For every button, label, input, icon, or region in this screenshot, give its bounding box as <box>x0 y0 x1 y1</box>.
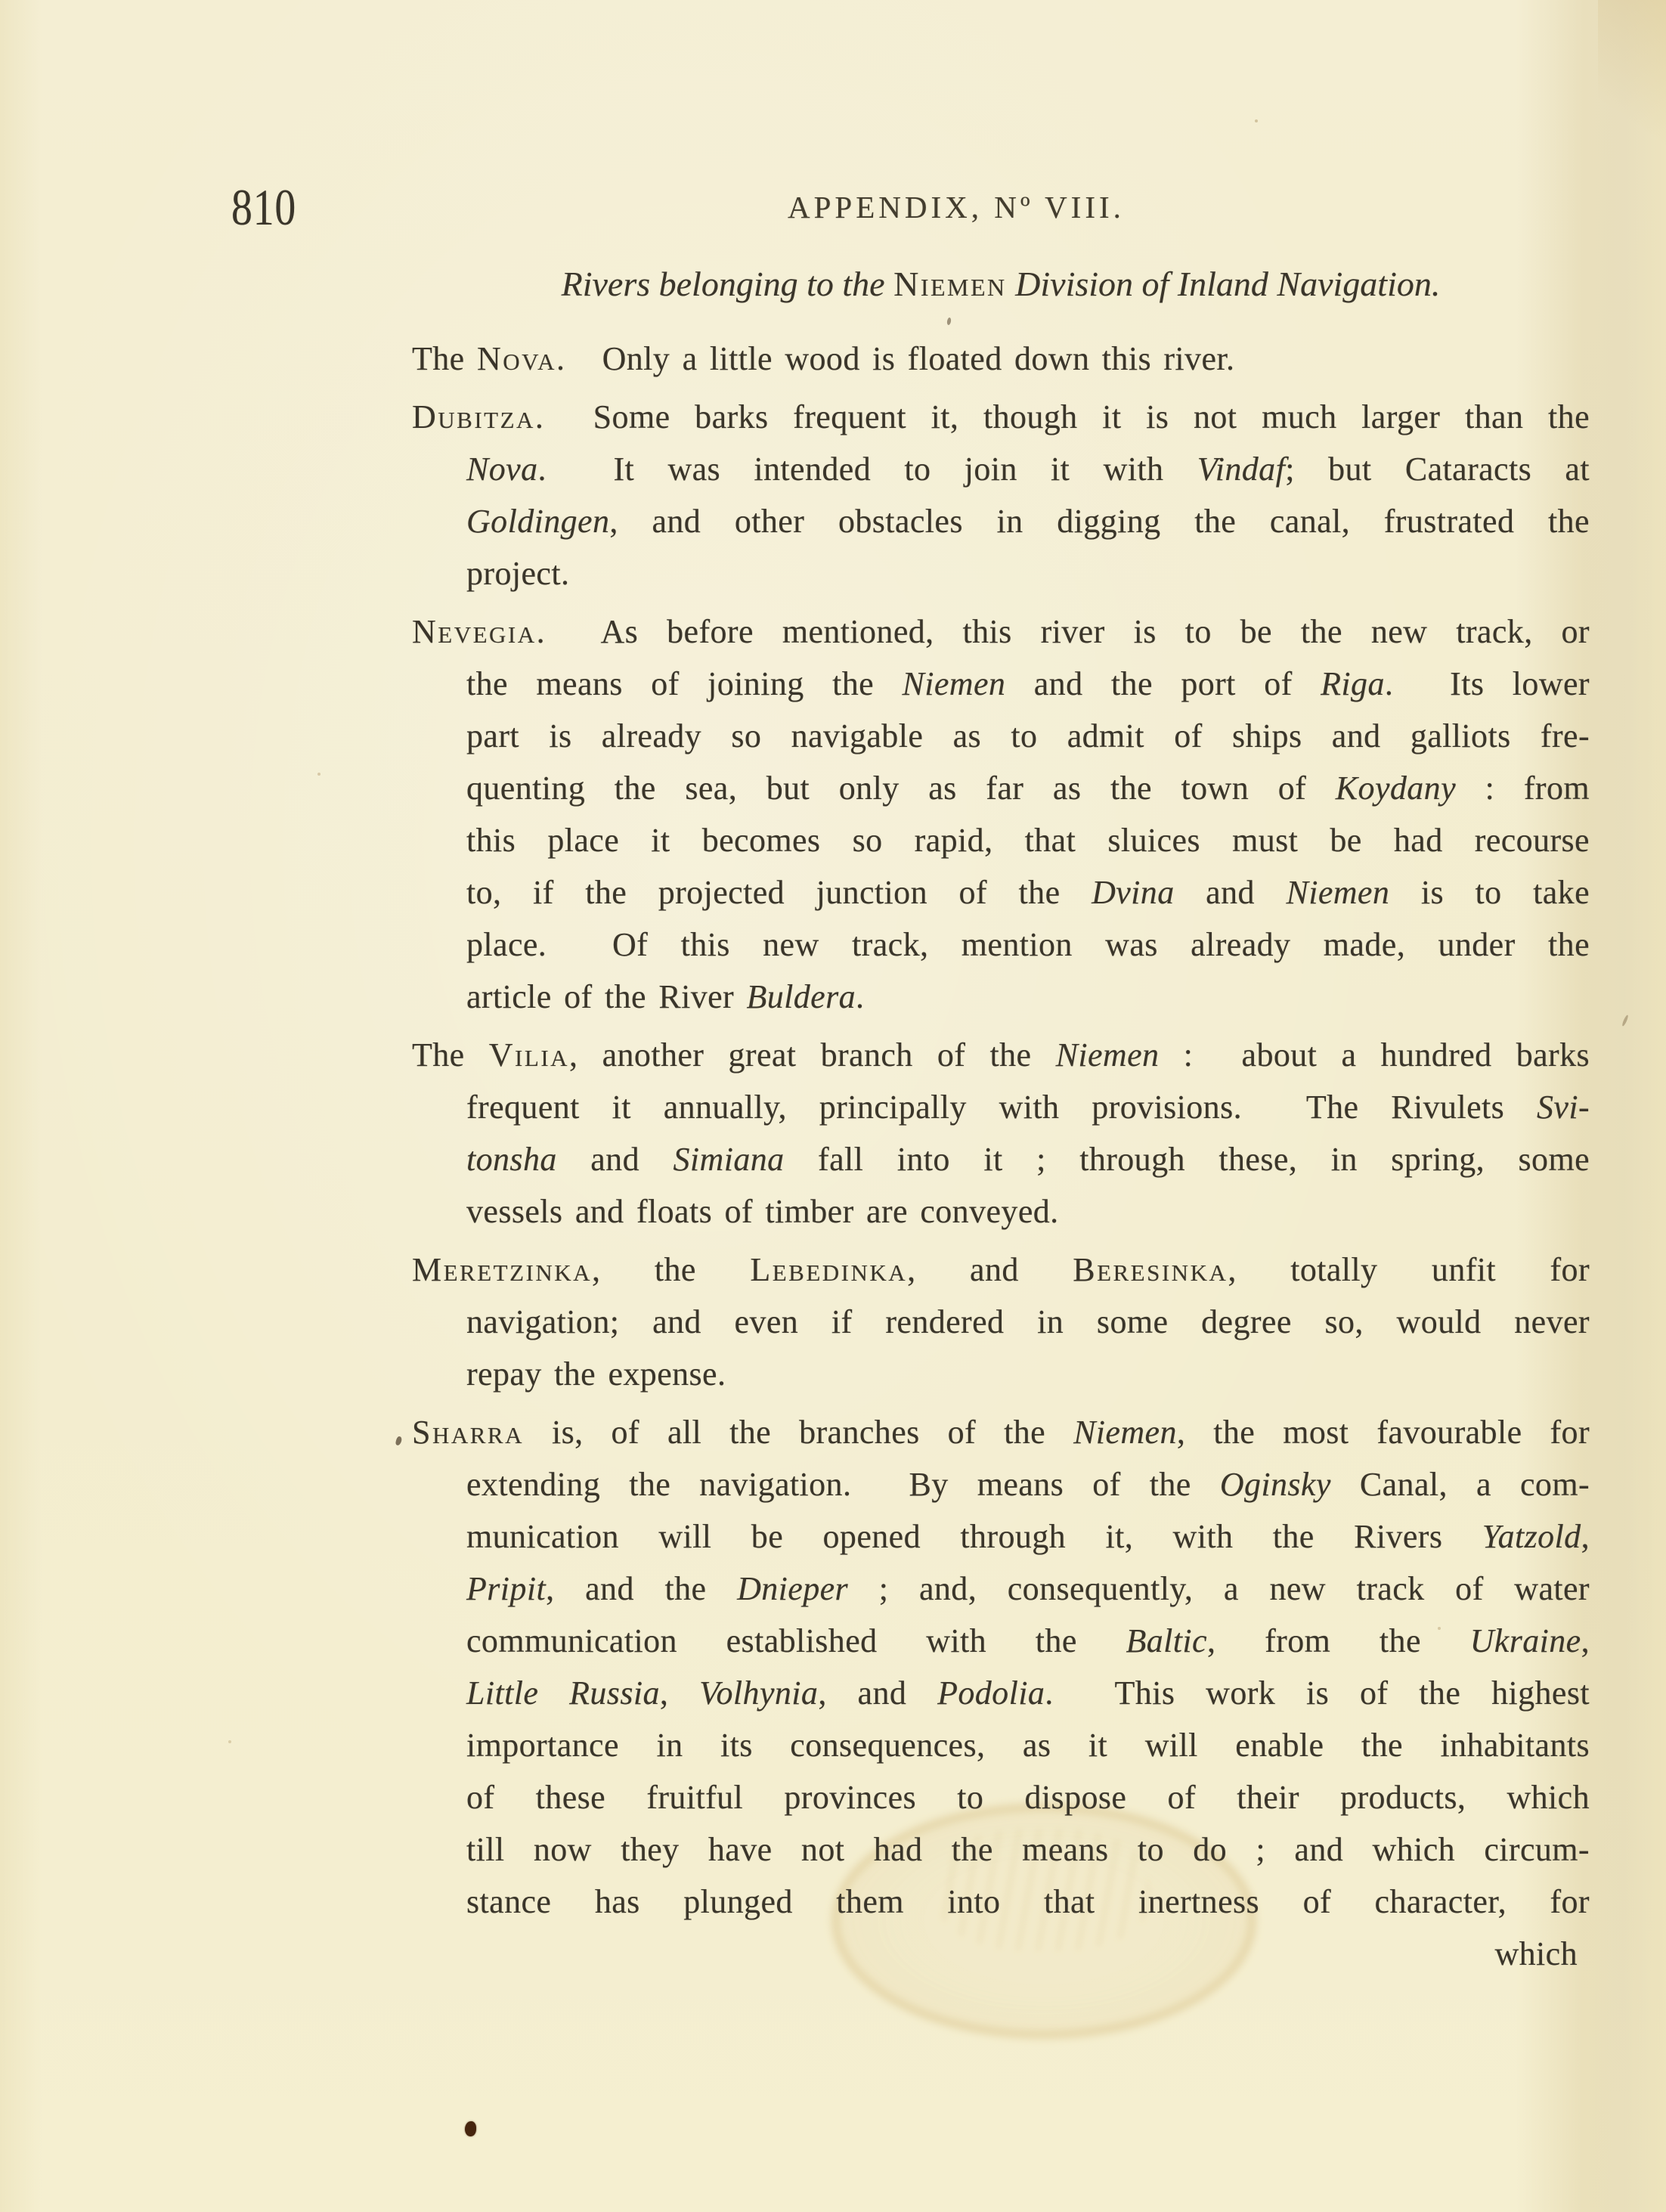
text-line: to, if the projected junction of the Dvi… <box>412 866 1590 919</box>
text-segment: Goldingen <box>466 503 609 540</box>
text-line: place. Of this new track, mention was al… <box>412 919 1590 971</box>
text-segment: Nevegia <box>412 613 537 650</box>
text-segment: and <box>557 1141 674 1178</box>
text-segment: Little Russia <box>466 1674 660 1712</box>
text-segment: till now they have not had the means to … <box>466 1831 1590 1868</box>
paper-speck <box>892 531 894 533</box>
text-segment: Simiana <box>674 1141 785 1178</box>
text-segment: to, if the projected junction of the <box>466 874 1092 911</box>
paper-speck <box>228 1740 231 1743</box>
text-line: the means of joining the Niemen and the … <box>412 658 1590 710</box>
text-segment: Niemen <box>1286 874 1389 911</box>
ink-spot <box>465 2121 476 2136</box>
text-segment: importance in its consequences, as it wi… <box>466 1727 1590 1764</box>
text-line: project. <box>412 547 1590 599</box>
text-segment: repay the expense. <box>466 1355 726 1393</box>
text-line: munication will be opened through it, wi… <box>412 1510 1590 1563</box>
text-segment: Baltic <box>1126 1622 1206 1659</box>
text-segment: Podolia <box>937 1674 1045 1712</box>
text-segment: part is already so navigable as to admit… <box>466 717 1590 754</box>
text-segment: extending the navigation. By means of th… <box>466 1466 1220 1503</box>
text-line: Nevegia. As before mentioned, this river… <box>412 606 1590 658</box>
text-segment: Dvina <box>1092 874 1175 911</box>
text-segment: , totally unfit for <box>1228 1251 1590 1288</box>
paper-speck <box>1255 119 1258 122</box>
text-line: importance in its consequences, as it wi… <box>412 1719 1590 1771</box>
text-segment: : from <box>1456 770 1590 807</box>
text-segment: fall into it ; through these, in spring,… <box>785 1141 1590 1178</box>
text-segment: is to take <box>1389 874 1590 911</box>
text-line: Meretzinka, the Lebedinka, and Beresinka… <box>412 1244 1590 1296</box>
text-segment: : about a hundred barks <box>1159 1036 1590 1073</box>
text-line: till now they have not had the means to … <box>412 1823 1590 1876</box>
page-corner-shading <box>1598 0 1666 197</box>
text-segment: Svi- <box>1537 1089 1590 1126</box>
text-segment: . As before mentioned, this river is to … <box>537 613 1590 650</box>
text-segment: stance has plunged them into that inertn… <box>466 1883 1590 1920</box>
body-text: The Nova. Only a little wood is floated … <box>412 333 1590 1980</box>
text-segment: frequent it annually, principally with p… <box>466 1089 1537 1126</box>
text-segment: Niemen <box>1073 1414 1177 1451</box>
text-segment: Niemen <box>902 665 1005 702</box>
text-segment: Vilia <box>489 1036 569 1073</box>
paragraphs-container: The Nova. Only a little wood is floated … <box>412 333 1590 1928</box>
text-segment: Buldera <box>746 978 856 1015</box>
text-segment: ; but Cataracts at <box>1285 451 1590 488</box>
text-segment: the means of joining the <box>466 665 902 702</box>
text-segment: is, of all the branches of the <box>524 1414 1073 1451</box>
text-segment: , and other obstacles in digging the can… <box>609 503 1590 540</box>
text-line: repay the expense. <box>412 1348 1590 1400</box>
text-line: frequent it annually, principally with p… <box>412 1081 1590 1133</box>
book-page-scan: 810 APPENDIX, Nº VIII. Rivers belonging … <box>0 0 1666 2212</box>
text-line: navigation; and even if rendered in some… <box>412 1296 1590 1348</box>
text-segment: munication will be opened through it, wi… <box>466 1518 1482 1555</box>
text-segment: The <box>412 1036 489 1073</box>
text-segment: , and <box>907 1251 1073 1288</box>
text-line: The Vilia, another great branch of the N… <box>412 1029 1590 1081</box>
text-segment: . Its lower <box>1385 665 1590 702</box>
paragraph: Meretzinka, the Lebedinka, and Beresinka… <box>412 1244 1590 1400</box>
text-segment: Nova <box>477 340 556 377</box>
paragraph: Nevegia. As before mentioned, this river… <box>412 606 1590 1023</box>
text-segment: Lebedinka <box>750 1251 907 1288</box>
text-segment: quenting the sea, but only as far as the… <box>466 770 1336 807</box>
text-line: Goldingen, and other obstacles in diggin… <box>412 495 1590 547</box>
text-segment: Dubitza <box>412 398 535 435</box>
text-segment: Volhynia <box>699 1674 818 1712</box>
text-segment: project. <box>466 555 569 592</box>
text-line: vessels and floats of timber are conveye… <box>412 1185 1590 1238</box>
text-segment: , <box>1581 1518 1590 1555</box>
paragraph: The Vilia, another great branch of the N… <box>412 1029 1590 1238</box>
text-segment: . It was intended to join it with <box>537 451 1197 488</box>
text-line: communication established with the Balti… <box>412 1615 1590 1667</box>
text-line: Pripit, and the Dnieper ; and, consequen… <box>412 1563 1590 1615</box>
text-segment: , <box>1581 1622 1590 1659</box>
text-segment: Riga <box>1321 665 1385 702</box>
page-number: 810 <box>231 181 296 233</box>
text-segment: Division of Inland Navigation. <box>1007 265 1441 303</box>
text-segment: tonsha <box>466 1141 557 1178</box>
text-segment: Rivers belonging to the <box>562 265 893 303</box>
paper-speck <box>395 1436 403 1445</box>
text-line: Dubitza. Some barks frequent it, though … <box>412 391 1590 443</box>
text-line: part is already so navigable as to admit… <box>412 710 1590 762</box>
paragraph: The Nova. Only a little wood is floated … <box>412 333 1590 385</box>
text-line: The Nova. Only a little wood is floated … <box>412 333 1590 385</box>
text-segment: , <box>660 1674 699 1712</box>
text-line: Little Russia, Volhynia, and Podolia. Th… <box>412 1667 1590 1719</box>
text-segment: navigation; and even if rendered in some… <box>466 1303 1590 1340</box>
paragraph: Sharra is, of all the branches of the Ni… <box>412 1406 1590 1928</box>
text-segment: The <box>412 340 477 377</box>
text-segment: of these fruitful provinces to dispose o… <box>466 1779 1590 1816</box>
text-segment: and <box>1175 874 1287 911</box>
paper-speck <box>1621 1015 1629 1027</box>
text-line: extending the navigation. By means of th… <box>412 1458 1590 1510</box>
text-segment: Ukraine <box>1470 1622 1581 1659</box>
text-segment: this place it becomes so rapid, that slu… <box>466 822 1590 859</box>
paper-speck <box>317 773 321 776</box>
text-segment: , another great branch of the <box>569 1036 1056 1073</box>
text-segment: Oginsky <box>1220 1466 1331 1503</box>
text-line: quenting the sea, but only as far as the… <box>412 762 1590 814</box>
text-segment: Koydany <box>1336 770 1456 807</box>
paragraph: Dubitza. Some barks frequent it, though … <box>412 391 1590 599</box>
text-segment: Niemen <box>1056 1036 1160 1073</box>
text-segment: place. Of this new track, mention was al… <box>466 926 1590 963</box>
text-line: article of the River Buldera. <box>412 971 1590 1023</box>
text-segment: . Only a little wood is floated down thi… <box>556 340 1234 377</box>
text-segment: communication established with the <box>466 1622 1126 1659</box>
text-line: this place it becomes so rapid, that slu… <box>412 814 1590 866</box>
text-segment: and the port of <box>1005 665 1321 702</box>
text-segment: vessels and floats of timber are conveye… <box>466 1193 1059 1230</box>
text-line: stance has plunged them into that inertn… <box>412 1876 1590 1928</box>
page-title: Rivers belonging to the Niemen Division … <box>412 262 1590 307</box>
text-segment: , from the <box>1207 1622 1470 1659</box>
text-segment: . Some barks frequent it, though it is n… <box>535 398 1590 435</box>
text-segment: . <box>856 978 864 1015</box>
text-segment: ; and, consequently, a new track of wate… <box>848 1570 1590 1607</box>
text-segment: Vindaf <box>1197 451 1285 488</box>
text-line: Sharra is, of all the branches of the Ni… <box>412 1406 1590 1458</box>
text-segment: Yatzold <box>1482 1518 1581 1555</box>
text-segment: , and the <box>546 1570 737 1607</box>
text-segment: , the <box>592 1251 750 1288</box>
text-line: tonsha and Simiana fall into it ; throug… <box>412 1133 1590 1185</box>
paper-speck <box>1438 1627 1441 1630</box>
text-segment: , the most favourable for <box>1177 1414 1590 1451</box>
text-segment: Nova <box>466 451 537 488</box>
text-segment: Niemen <box>893 265 1007 303</box>
text-segment: Pripit <box>466 1570 546 1607</box>
text-segment: Canal, a com- <box>1331 1466 1590 1503</box>
text-segment: Sharra <box>412 1414 524 1451</box>
text-segment: Dnieper <box>737 1570 848 1607</box>
text-segment: Beresinka <box>1073 1251 1228 1288</box>
paper-speck <box>946 318 952 326</box>
running-header: APPENDIX, Nº VIII. <box>788 192 1125 223</box>
text-segment: Meretzinka <box>412 1251 592 1288</box>
text-line: of these fruitful provinces to dispose o… <box>412 1771 1590 1823</box>
text-segment: , and <box>818 1674 937 1712</box>
catchword: which <box>412 1928 1590 1980</box>
text-segment: . This work is of the highest <box>1045 1674 1590 1712</box>
text-segment: article of the River <box>466 978 746 1015</box>
text-line: Nova. It was intended to join it with Vi… <box>412 443 1590 495</box>
